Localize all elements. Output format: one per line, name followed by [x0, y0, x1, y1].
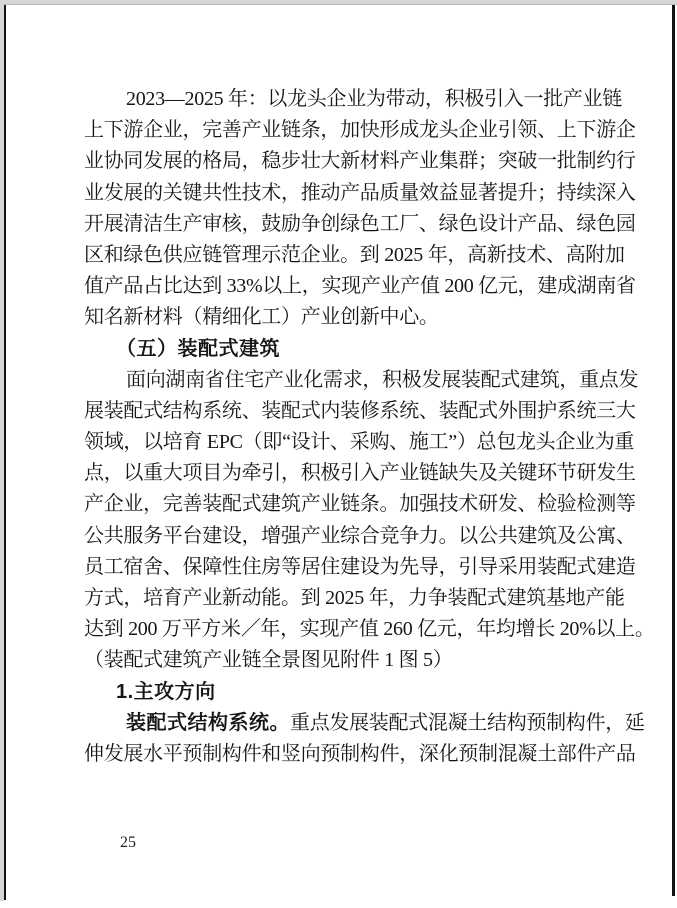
text-line: 领域，以培育 EPC（即“设计、采购、施工”）总包龙头企业为重 — [84, 427, 652, 458]
text-line: 产企业，完善装配式建筑产业链条。加强技术研发、检验检测等 — [84, 489, 652, 520]
text-segment: 重点发展装配式混凝土结构预制构件，延 — [290, 712, 645, 734]
text-line: 2023—2025 年：以龙头企业为带动，积极引入一批产业链 — [84, 84, 652, 115]
text-line: 开展清洁生产审核，鼓励争创绿色工厂、绿色设计产品、绿色园 — [84, 209, 652, 240]
text-line: 方式，培育产业新动能。到 2025 年，力争装配式建筑基地产能 — [84, 583, 652, 614]
text-line: 伸发展水平预制构件和竖向预制构件，深化预制混凝土部件产品 — [84, 739, 652, 770]
text-line: 点，以重大项目为牵引，积极引入产业链缺失及关键环节研发生 — [84, 458, 652, 489]
text-line: 区和绿色供应链管理示范企业。到 2025 年，高新技术、高附加 — [84, 240, 652, 271]
text-line: 业发展的关键共性技术，推动产品质量效益显著提升；持续深入 — [84, 178, 652, 209]
text-line: 达到 200 万平方米／年，实现产值 260 亿元，年均增长 20%以上。 — [84, 614, 652, 645]
text-line: 知名新材料（精细化工）产业创新中心。 — [84, 302, 652, 333]
text-line: 装配式结构系统。重点发展装配式混凝土结构预制构件，延 — [84, 708, 652, 739]
document-page: 2023—2025 年：以龙头企业为带动，积极引入一批产业链 上下游企业，完善产… — [6, 5, 672, 900]
text-line: 值产品占比达到 33%以上，实现产业产值 200 亿元，建成湖南省 — [84, 271, 652, 302]
text-line: （装配式建筑产业链全景图见附件 1 图 5） — [84, 645, 652, 676]
run-in-lead-structure-system: 装配式结构系统。 — [126, 712, 290, 734]
text-line: 业协同发展的格局，稳步壮大新材料产业集群；突破一批制约行 — [84, 146, 652, 177]
text-line: 员工宿舍、保障性住房等居住建设为先导，引导采用装配式建造 — [84, 552, 652, 583]
text-line: 展装配式结构系统、装配式内装修系统、装配式外围护系统三大 — [84, 396, 652, 427]
document-viewer: 2023—2025 年：以龙头企业为带动，积极引入一批产业链 上下游企业，完善产… — [0, 0, 677, 908]
section-heading-prefab-construction: （五）装配式建筑 — [84, 334, 652, 365]
text-line: 公共服务平台建设，增强产业综合竞争力。以公共建筑及公寓、 — [84, 521, 652, 552]
text-line: 上下游企业，完善产业链条，加快形成龙头企业引领、上下游企 — [84, 115, 652, 146]
page-left-edge-rule — [4, 5, 6, 900]
subsection-heading-main-directions: 1.主攻方向 — [84, 677, 652, 708]
page-right-edge-rule — [672, 5, 675, 896]
page-content: 2023—2025 年：以龙头企业为带动，积极引入一批产业链 上下游企业，完善产… — [84, 84, 652, 770]
viewer-top-margin — [0, 0, 677, 5]
text-line: 面向湖南省住宅产业化需求，积极发展装配式建筑，重点发 — [84, 365, 652, 396]
page-number: 25 — [120, 834, 136, 852]
